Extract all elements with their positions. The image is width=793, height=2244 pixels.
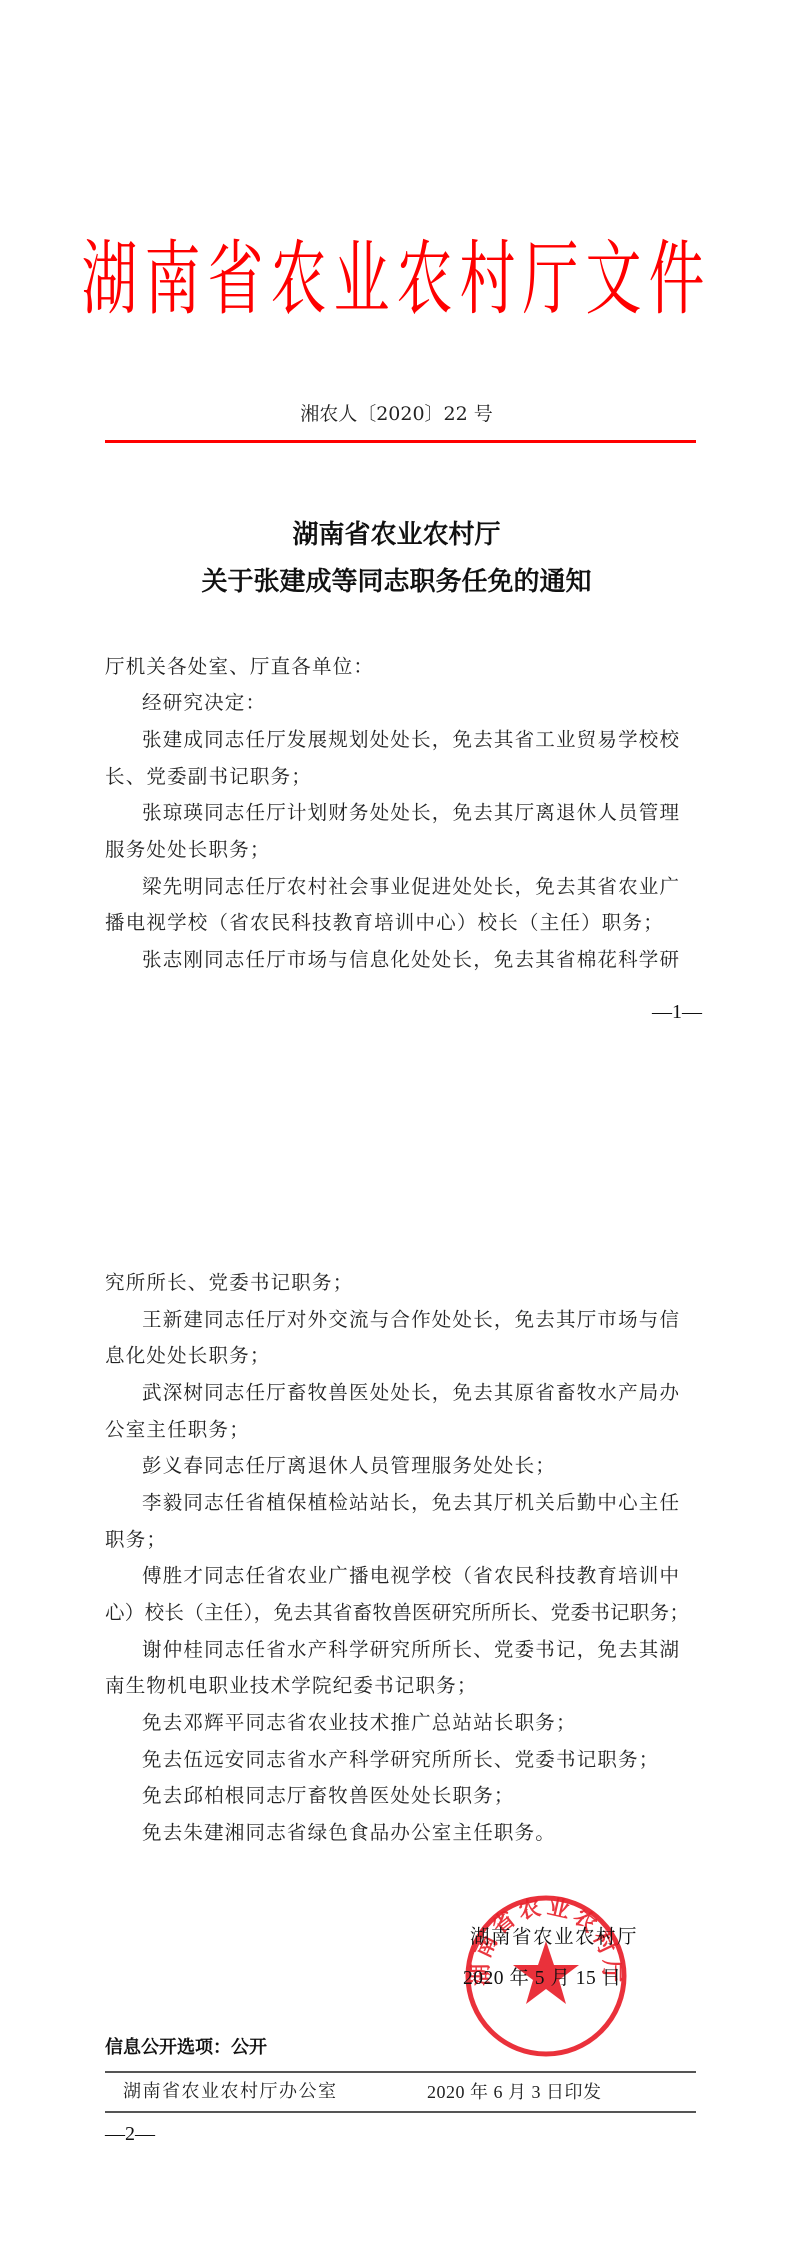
notice-heading-line2: 关于张建成等同志职务任免的通知 [0, 565, 793, 599]
body-line: 经研究决定： [142, 690, 266, 716]
footer-rule-top [105, 2071, 696, 2073]
body-line: 息化处处长职务； [105, 1343, 271, 1369]
body-line: 免去朱建湘同志省绿色食品办公室主任职务。 [142, 1820, 556, 1846]
page-number-1: —1— [652, 1000, 702, 1024]
signature-date: 2020 年 5 月 15 日 [463, 1966, 622, 1992]
body-line: 张志刚同志任厅市场与信息化处处长，免去其省棉花科学研 [142, 947, 680, 973]
body-line: 免去邓辉平同志省农业技术推广总站站长职务； [142, 1710, 577, 1736]
body-line: 武深树同志任厅畜牧兽医处处长，免去其原省畜牧水产局办 [142, 1380, 680, 1406]
body-line: 究所所长、党委书记职务； [105, 1270, 353, 1296]
body-line: 心）校长（主任），免去其省畜牧兽医研究所所长、党委书记职务； [105, 1600, 689, 1626]
body-line: 谢仲桂同志任省水产科学研究所所长、党委书记，免去其湖 [142, 1637, 680, 1663]
body-line: 职务； [105, 1527, 167, 1553]
issuer-title: 湖南省农业农村厅文件 [0, 216, 793, 347]
notice-heading-line1: 湖南省农业农村厅 [0, 518, 793, 552]
body-line: 长、党委副书记职务； [105, 764, 312, 790]
signature-organization: 湖南省农业农村厅 [470, 1924, 638, 1950]
page-number-2: —2— [105, 2122, 155, 2146]
body-line: 公室主任职务； [105, 1417, 250, 1443]
body-line: 张建成同志任厅发展规划处处长，免去其省工业贸易学校校 [142, 727, 680, 753]
body-line: 免去伍远安同志省水产科学研究所所长、党委书记职务； [142, 1747, 660, 1773]
body-line: 彭义春同志任厅离退休人员管理服务处处长； [142, 1453, 556, 1479]
red-divider [105, 440, 696, 443]
body-line: 梁先明同志任厅农村社会事业促进处处长，免去其省农业广 [142, 874, 680, 900]
disclosure-option: 信息公开选项：公开 [105, 2036, 267, 2060]
footer-rule-bottom [105, 2111, 696, 2113]
issuing-office: 湖南省农业农村厅办公室 [123, 2080, 338, 2104]
body-line: 傅胜才同志任省农业广播电视学校（省农民科技教育培训中 [142, 1563, 680, 1589]
salutation: 厅机关各处室、厅直各单位： [105, 654, 374, 680]
body-line: 王新建同志任厅对外交流与合作处处长，免去其厅市场与信 [142, 1307, 680, 1333]
body-line: 南生物机电职业技术学院纪委书记职务； [105, 1673, 478, 1699]
body-line: 张琼瑛同志任厅计划财务处处长，免去其厅离退休人员管理 [142, 800, 680, 826]
body-line: 服务处处长职务； [105, 837, 271, 863]
print-date: 2020 年 6 月 3 日印发 [427, 2080, 602, 2104]
body-line: 播电视学校（省农民科技教育培训中心）校长（主任）职务； [105, 910, 664, 936]
body-line: 李毅同志任省植保植检站站长，免去其厅机关后勤中心主任 [142, 1490, 680, 1516]
document-number: 湘农人〔2020〕22 号 [0, 402, 793, 426]
body-line: 免去邱柏根同志厅畜牧兽医处处长职务； [142, 1783, 515, 1809]
